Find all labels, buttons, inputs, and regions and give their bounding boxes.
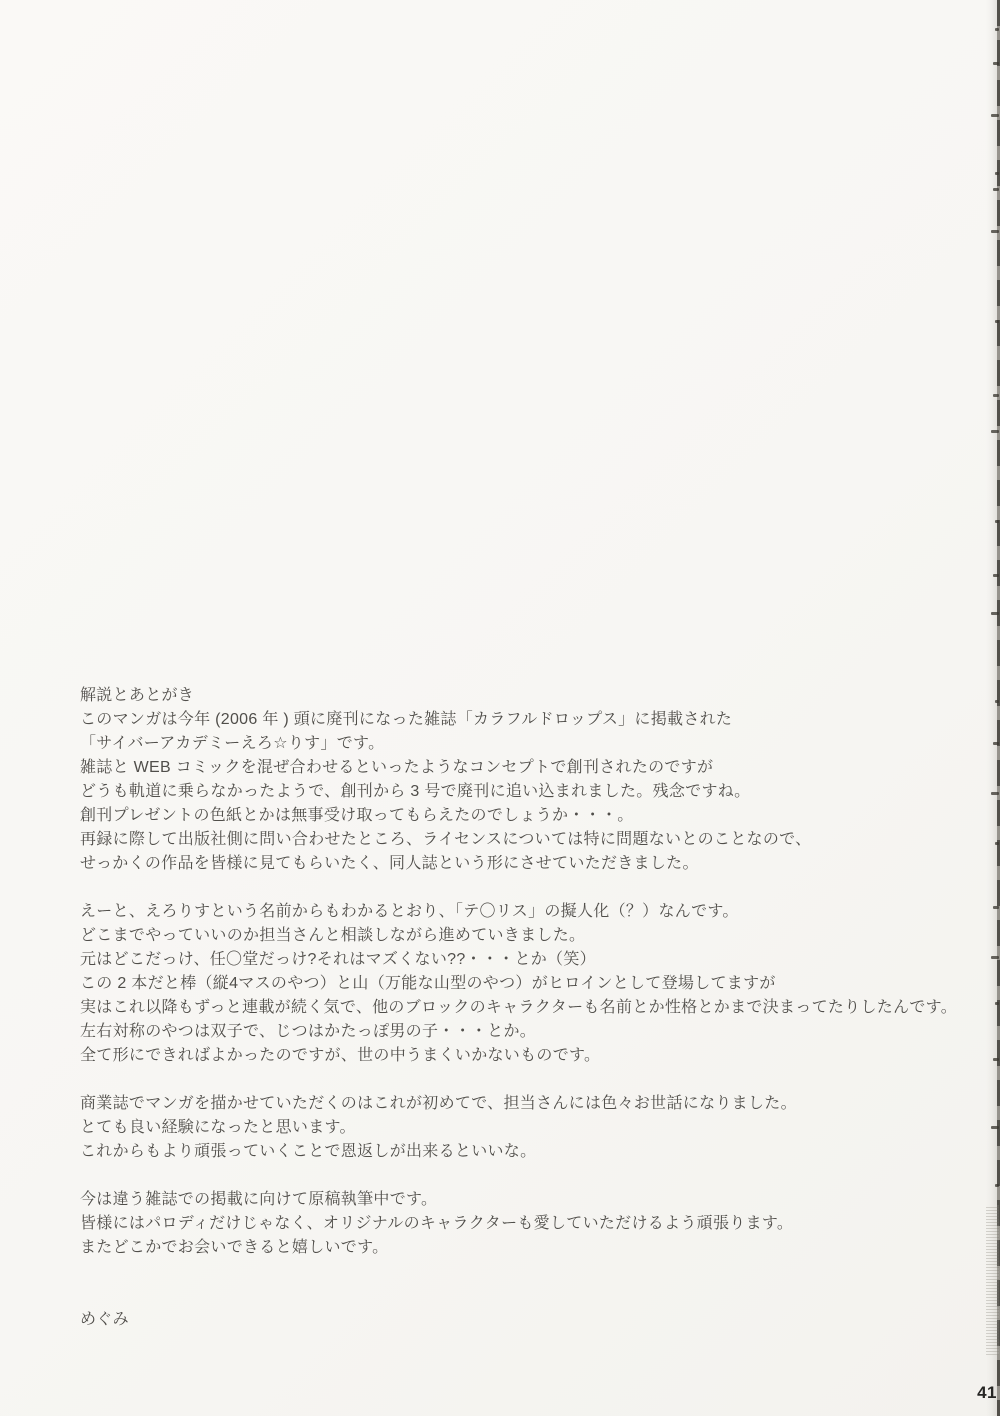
scan-speck [993,906,999,909]
scan-texture-band [986,1205,999,1355]
text-line: 再録に際して出版社側に問い合わせたところ、ライセンスについては特に問題ないとのこ… [80,828,940,852]
text-line: どこまでやっていいのか担当さんと相談しながら進めていきました。 [80,924,940,948]
scan-speck [995,700,999,703]
text-line: 雑誌と WEB コミックを混ぜ合わせるといったようなコンセプトで創刊されたのです… [80,756,940,780]
text-line: とても良い経験になったと思います。 [80,1116,940,1140]
scan-speck [993,574,999,577]
text-line: せっかくの作品を皆様に見てもらいたく、同人誌という形にさせていただきました。 [80,852,940,876]
scan-speck [995,28,999,31]
text-line: 商業誌でマンガを描かせていただくのはこれが初めてで、担当さんには色々お世話になり… [80,1092,940,1116]
paragraph: 商業誌でマンガを描かせていただくのはこれが初めてで、担当さんには色々お世話になり… [80,1092,940,1164]
scan-speck [995,320,999,323]
scan-speck [995,842,999,845]
paragraph: えーと、えろりすという名前からもわかるとおり、「テ〇リス」の擬人化（？）なんです… [80,900,940,1068]
text-line: これからもより頑張っていくことで恩返しが出来るといいな。 [80,1140,940,1164]
text-line: 全て形にできればよかったのですが、世の中うまくいかないものです。 [80,1044,940,1068]
scan-speck [991,792,999,795]
text-line: 元はどこだっけ、任〇堂だっけ?それはマズくない??・・・とか（笑） [80,948,940,972]
scan-speck [991,114,999,117]
scan-speck [991,430,999,433]
scan-speck [993,62,999,65]
scan-speck [995,1184,999,1187]
scan-speck [991,956,999,959]
scan-speck [993,188,999,191]
text-line: 実はこれ以降もずっと連載が続く気で、他のブロックのキャラクターも名前とか性格とか… [80,996,940,1020]
scan-speck [995,520,999,523]
text-line: 左右対称のやつは双子で、じつはかたっぽ男の子・・・とか。 [80,1020,940,1044]
afterword-paragraphs: このマンガは今年 (2006 年 ) 頭に廃刊になった雑誌「カラフルドロップス」… [80,708,940,1260]
text-line: またどこかでお会いできると嬉しいです。 [80,1236,940,1260]
scan-speck [995,172,999,175]
scan-speck [991,1126,999,1129]
text-line: えーと、えろりすという名前からもわかるとおり、「テ〇リス」の擬人化（？）なんです… [80,900,940,924]
text-line: 「サイバーアカデミーえろ☆りす」です。 [80,732,940,756]
scan-speck [991,230,999,233]
text-line: このマンガは今年 (2006 年 ) 頭に廃刊になった雑誌「カラフルドロップス」… [80,708,940,732]
afterword-heading: 解説とあとがき [80,684,940,708]
scan-speck [991,612,999,615]
scan-speck [995,1002,999,1005]
afterword-text: 解説とあとがき このマンガは今年 (2006 年 ) 頭に廃刊になった雑誌「カラ… [80,684,940,1332]
text-line: 今は違う雑誌での掲載に向けて原稿執筆中です。 [80,1188,940,1212]
scanned-page: 解説とあとがき このマンガは今年 (2006 年 ) 頭に廃刊になった雑誌「カラ… [0,0,1000,1416]
text-line: 創刊プレゼントの色紙とかは無事受け取ってもらえたのでしょうか・・・。 [80,804,940,828]
scan-speck [993,742,999,745]
text-line: この 2 本だと棒（縦4マスのやつ）と山（万能な山型のやつ）がヒロインとして登場… [80,972,940,996]
scan-speck [993,1058,999,1061]
signature: めぐみ [80,1308,940,1332]
text-line: 皆様にはパロディだけじゃなく、オリジナルのキャラクターも愛していただけるよう頑張… [80,1212,940,1236]
text-line: どうも軌道に乗らなかったようで、創刊から 3 号で廃刊に追い込まれました。残念で… [80,780,940,804]
paragraph: このマンガは今年 (2006 年 ) 頭に廃刊になった雑誌「カラフルドロップス」… [80,708,940,876]
paragraph: 今は違う雑誌での掲載に向けて原稿執筆中です。皆様にはパロディだけじゃなく、オリジ… [80,1188,940,1260]
scan-speck [993,394,999,397]
page-number: 41 [977,1383,997,1403]
